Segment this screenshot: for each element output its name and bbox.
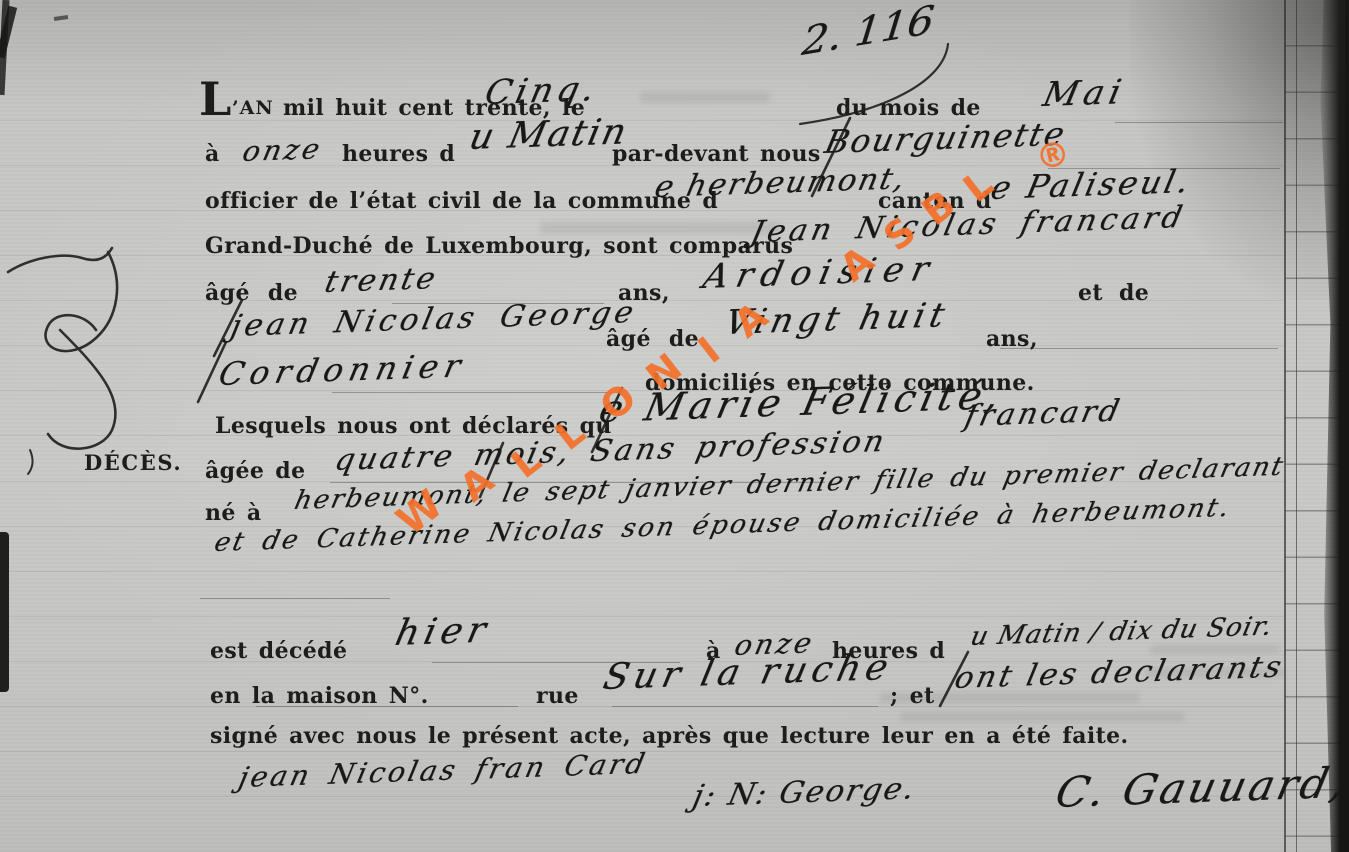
printed-text: ; et [890,685,935,707]
handwritten-entry: trente [322,264,441,298]
printed-text: ’AN [232,99,274,118]
bleedthrough-smudge [900,712,1185,722]
printed-text: par-devant nous [612,143,821,165]
left-edge-mark-mid [0,532,9,692]
form-rule [332,392,620,393]
handwritten-entry: hier [392,613,494,652]
corner-smudge [1130,0,1345,300]
handwritten-entry: Cordonnier [216,349,469,390]
form-rule [1115,122,1283,123]
margin-paraph [46,252,118,351]
act-number: 2. 116 [800,1,936,62]
form-rule [612,706,878,707]
printed-text: en la maison N°. [210,685,429,707]
handwritten-entry: francard [962,397,1125,432]
printed-text: âgée de [205,460,305,482]
small-speck [54,15,68,21]
printed-text: signé avec nous le présent acte, après q… [210,725,1129,747]
printed-text: né à [205,502,262,524]
printed-text: heures d [342,143,455,165]
printed-text: rue [536,685,579,707]
death-record-scan: 2. 116 DÉCÈS. L ’AN mil huit cent trente… [0,0,1349,852]
handwritten-entry: e Paliseul. [988,165,1195,204]
signature-declarant2: j: N: George. [690,774,919,812]
handwritten-entry: u Matin [466,115,631,156]
signature-officer: C. Gauuard, [1052,762,1349,814]
handwritten-entry: onze [240,135,325,166]
printed-text: Grand-Duché de Luxembourg, sont comparus [205,235,793,257]
margin-tick [28,450,33,474]
printed-text: du mois de [836,97,981,119]
form-rule [200,598,390,599]
handwritten-entry: e herbeumont, [652,164,909,203]
handwritten-entry: Bourguinette [822,118,1069,158]
printed-text: âgé de [205,282,298,304]
printed-text: L [199,76,232,122]
printed-text: âgé de [606,328,699,350]
registered-trademark-icon: ® [1032,133,1074,179]
margin-paraph [8,248,112,272]
bleedthrough-smudge [640,92,770,103]
printed-text: ans, [986,328,1038,350]
handwritten-entry: Sur la ruche [600,650,896,696]
printed-text: à [205,143,220,165]
handwritten-entry: Cinq. [482,72,602,110]
handwritten-entry: Mai [1040,75,1129,112]
form-rule [1000,348,1278,349]
signature-declarant1: jean Nicolas fran Card [236,750,650,792]
deces-label: DÉCÈS. [84,452,182,473]
printed-text: officier de l’état civil de la commune d [205,190,718,212]
printed-text: et de [1078,282,1149,304]
handwritten-entry: ont les declarants [952,653,1287,694]
printed-text: est décédé [210,640,347,662]
